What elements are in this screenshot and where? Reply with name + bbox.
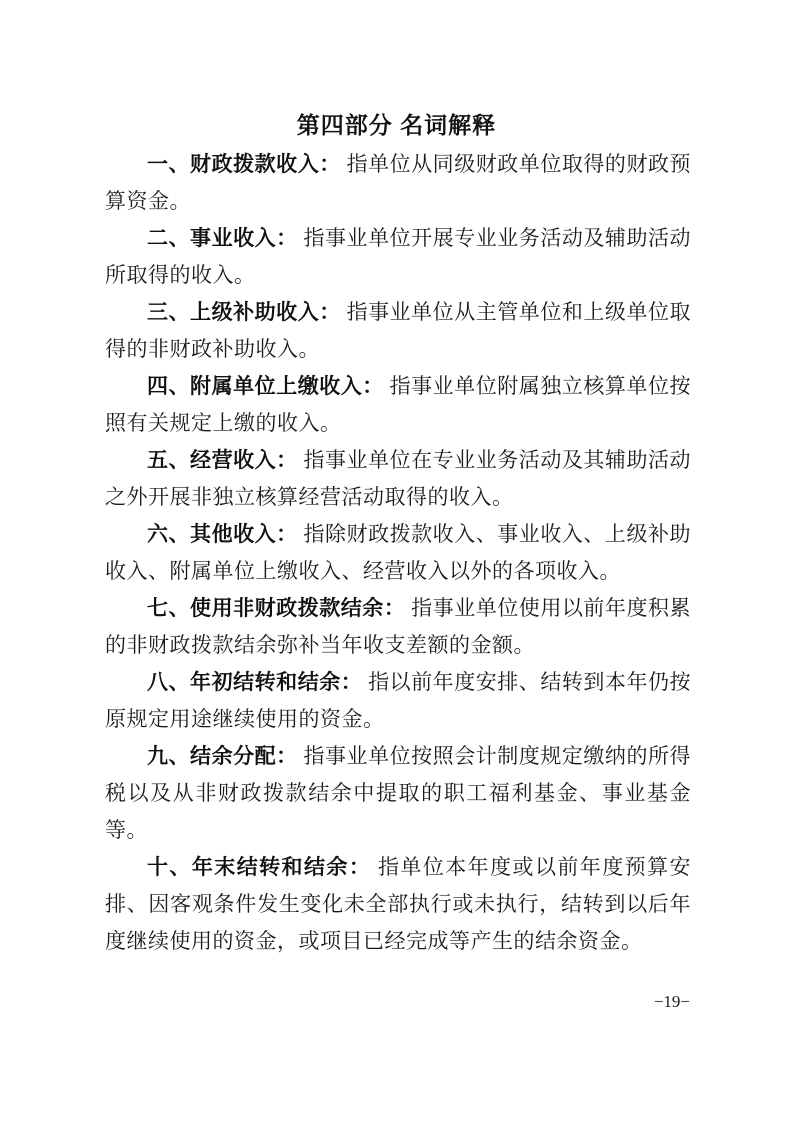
glossary-entry: 九、结余分配： 指事业单位按照会计制度规定缴纳的所得税以及从非财政拨款结余中提取… — [105, 738, 691, 849]
glossary-term: 九、结余分配： — [147, 744, 298, 768]
glossary-term: 六、其他收入： — [147, 522, 298, 546]
glossary-section: 一、财政拨款收入： 指单位从同级财政单位取得的财政预算资金。 二、事业收入： 指… — [105, 146, 691, 960]
glossary-term: 二、事业收入： — [147, 226, 298, 250]
glossary-term: 四、附属单位上缴收入： — [147, 374, 384, 398]
glossary-term: 七、使用非财政拨款结余： — [147, 596, 405, 620]
glossary-entry: 十、年末结转和结余： 指单位本年度或以前年度预算安排、因客观条件发生变化未全部执… — [105, 849, 691, 960]
document-page: 第四部分 名词解释 一、财政拨款收入： 指单位从同级财政单位取得的财政预算资金。… — [0, 0, 793, 1122]
glossary-term: 八、年初结转和结余： — [147, 670, 362, 694]
glossary-entry: 三、上级补助收入： 指事业单位从主管单位和上级单位取得的非财政补助收入。 — [105, 294, 691, 368]
page-number: −19− — [654, 992, 690, 1012]
glossary-entry: 五、经营收入： 指事业单位在专业业务活动及其辅助活动之外开展非独立核算经营活动取… — [105, 442, 691, 516]
glossary-term: 五、经营收入： — [147, 448, 298, 472]
glossary-term: 十、年末结转和结余： — [147, 855, 371, 879]
glossary-term: 三、上级补助收入： — [147, 300, 341, 324]
glossary-entry: 七、使用非财政拨款结余： 指事业单位使用以前年度积累的非财政拨款结余弥补当年收支… — [105, 590, 691, 664]
glossary-entry: 二、事业收入： 指事业单位开展专业业务活动及辅助活动所取得的收入。 — [105, 220, 691, 294]
page-title: 第四部分 名词解释 — [0, 0, 793, 140]
glossary-entry: 八、年初结转和结余： 指以前年度安排、结转到本年仍按原规定用途继续使用的资金。 — [105, 664, 691, 738]
glossary-term: 一、财政拨款收入： — [147, 152, 341, 176]
glossary-entry: 一、财政拨款收入： 指单位从同级财政单位取得的财政预算资金。 — [105, 146, 691, 220]
glossary-entry: 四、附属单位上缴收入： 指事业单位附属独立核算单位按照有关规定上缴的收入。 — [105, 368, 691, 442]
glossary-entry: 六、其他收入： 指除财政拨款收入、事业收入、上级补助收入、附属单位上缴收入、经营… — [105, 516, 691, 590]
